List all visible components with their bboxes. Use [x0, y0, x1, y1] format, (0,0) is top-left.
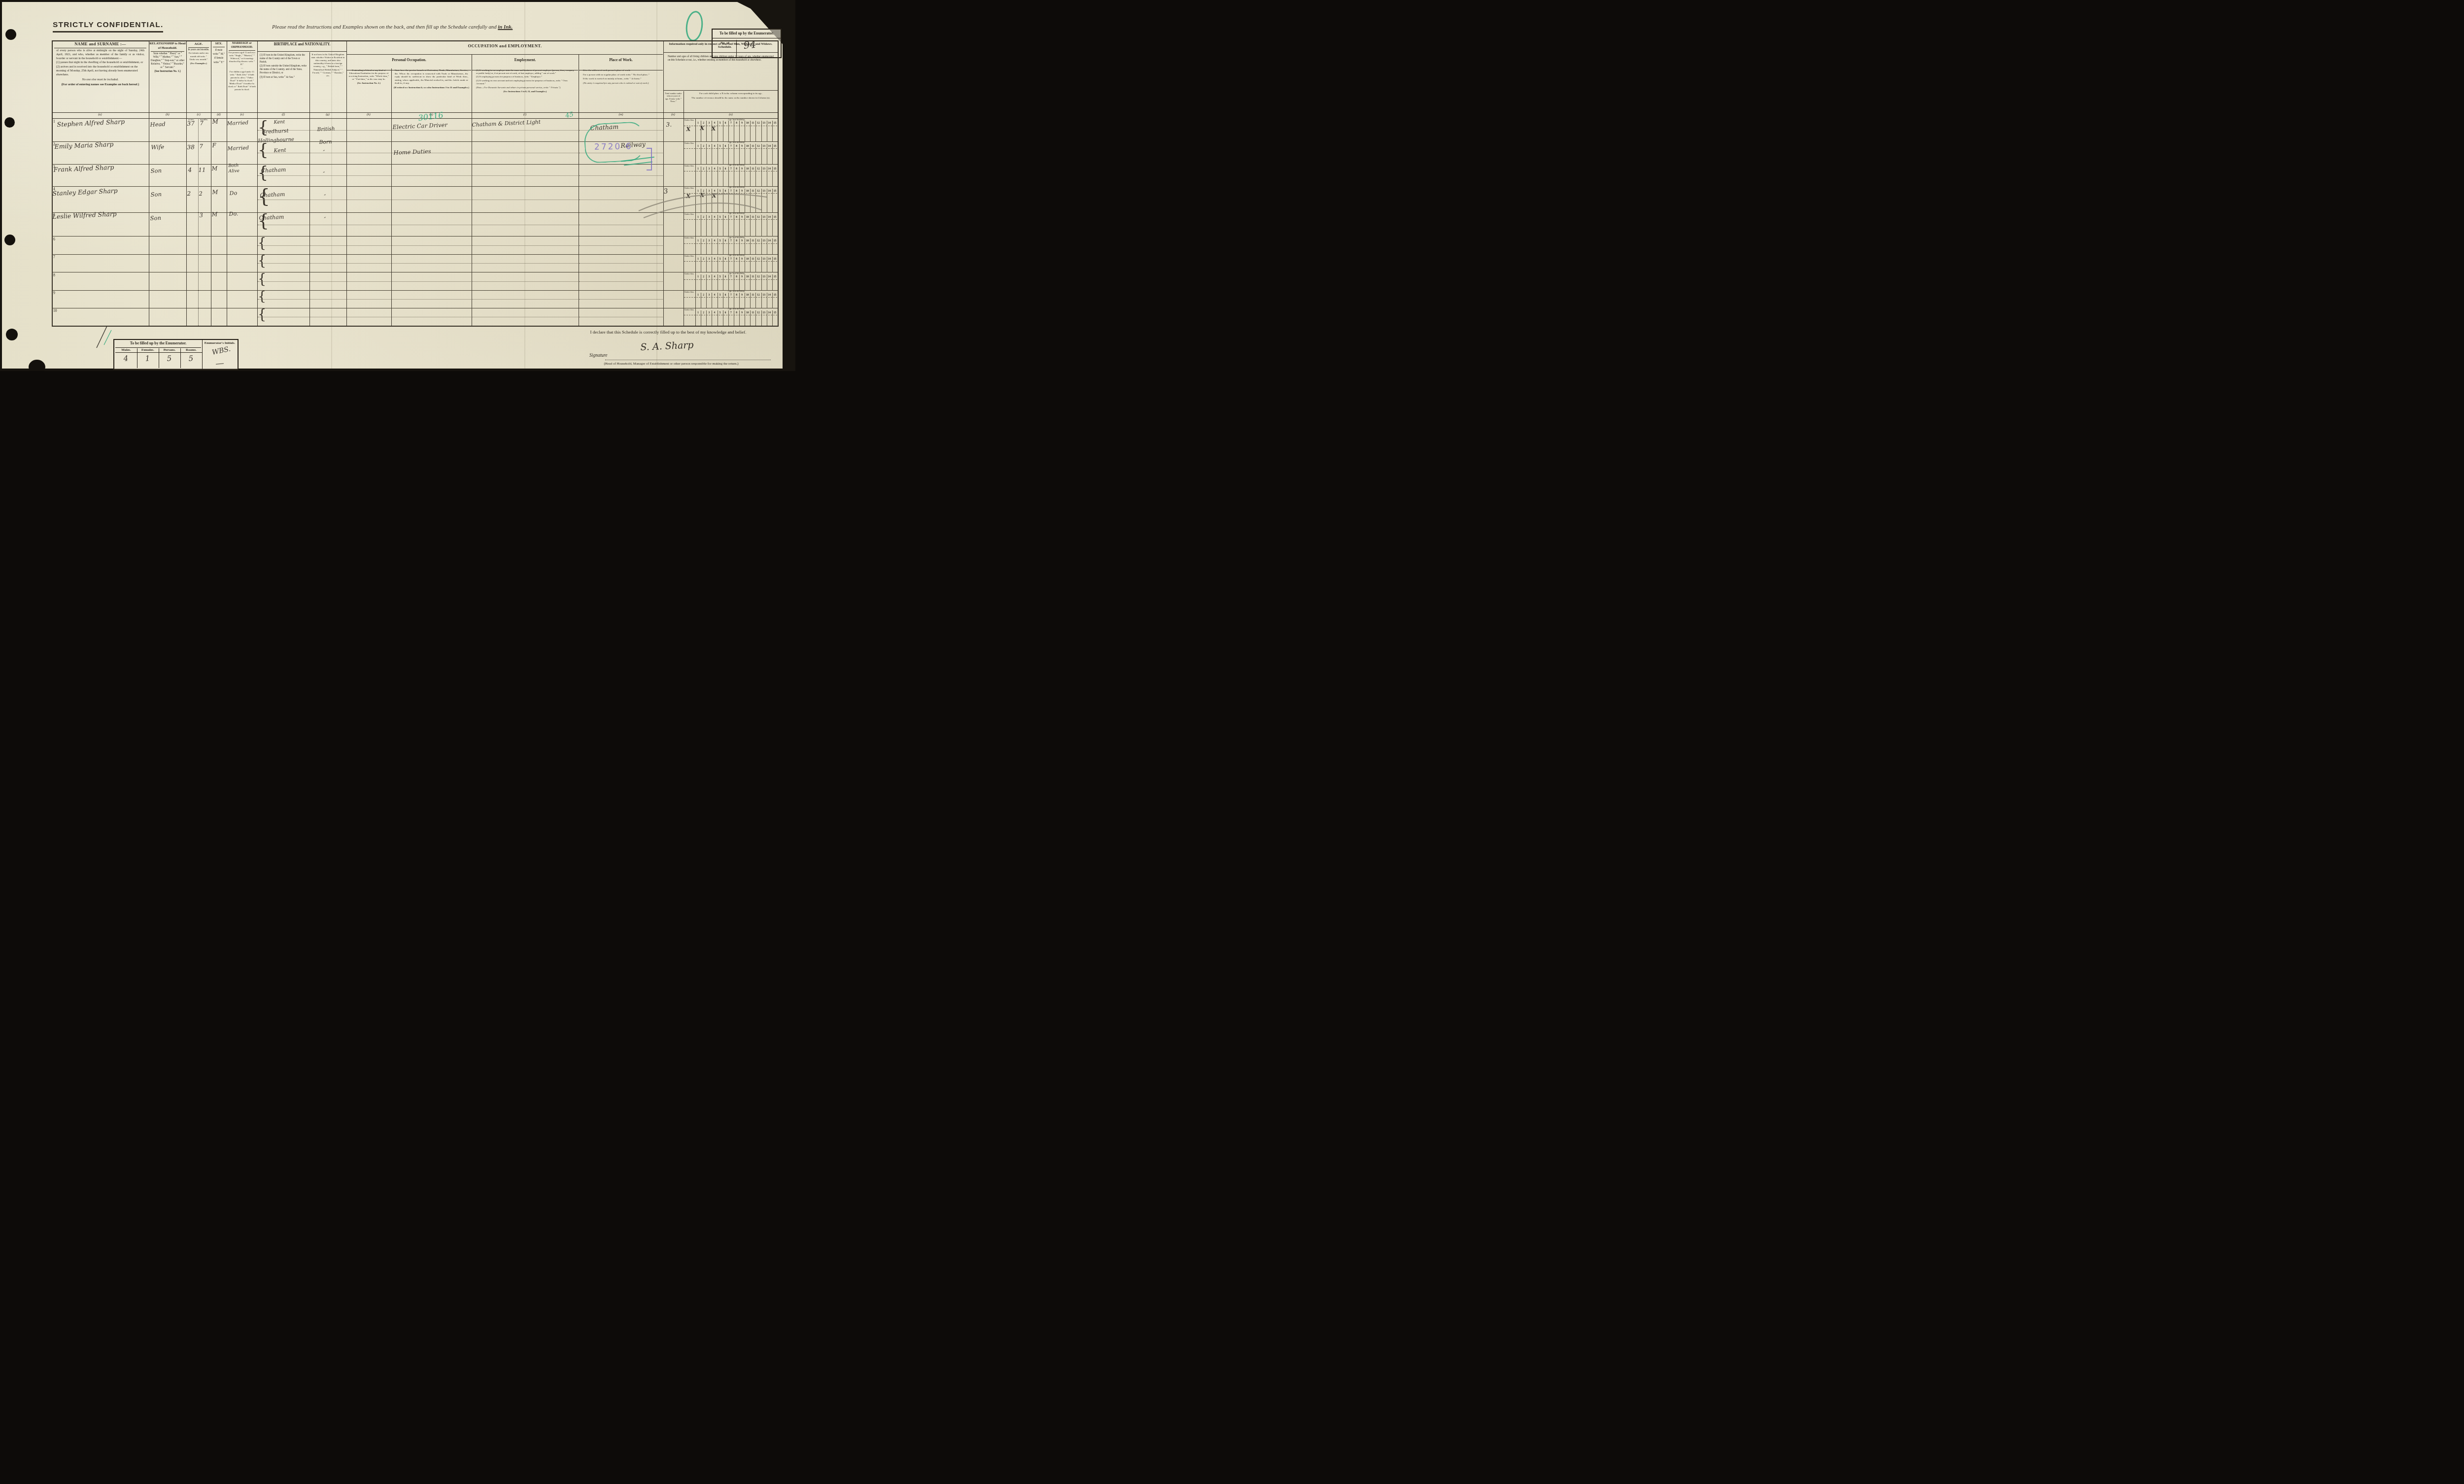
table-grid-vline — [227, 40, 227, 326]
grid-cell-line — [712, 167, 712, 186]
cell-dotted-line — [472, 281, 578, 282]
cell-dotted-line — [347, 225, 391, 225]
grid-number: 10 — [745, 294, 750, 297]
cell-dotted-line — [347, 281, 391, 282]
grid-cell-line — [739, 121, 740, 141]
grid-number: 10 — [745, 239, 750, 242]
grid-cell-line — [767, 167, 767, 186]
grid-cell-line — [723, 189, 723, 212]
entry-nationality-ditto: ″ — [324, 217, 326, 222]
cell-dotted-line — [579, 175, 663, 176]
grid-age-header: Age last birthday. — [695, 164, 778, 167]
grid-first-line — [695, 254, 696, 272]
grid-number: 11 — [750, 168, 755, 170]
grid-number: 8 — [734, 168, 739, 170]
grid-dashed-line — [684, 148, 777, 149]
table-grid-vline — [346, 40, 347, 326]
birthplace-brace: { — [258, 254, 266, 268]
grid-cell-line — [728, 293, 729, 308]
grid-dashed-line — [684, 193, 777, 194]
grid-cell-line — [745, 144, 745, 164]
grid-number: 14 — [767, 216, 772, 219]
grid-cell-line — [728, 189, 729, 212]
grid-cell-line — [734, 274, 734, 290]
grid-cell-line — [712, 215, 712, 236]
grid-number: 3 — [706, 145, 712, 148]
grid-number: 2 — [701, 216, 706, 219]
grid-number: 4 — [712, 168, 717, 170]
census-schedule-page: STRICTLY CONFIDENTIAL. Please read the I… — [0, 0, 795, 371]
grid-cell-line — [745, 257, 745, 272]
grid-number: 3 — [706, 258, 712, 261]
grid-dashed-line — [684, 171, 777, 171]
grid-first-line — [695, 212, 696, 236]
entry-birthplace-town: Chatham — [261, 167, 286, 174]
cell-dotted-line — [310, 175, 346, 176]
cell-dotted-line — [310, 245, 346, 246]
declaration-text: I declare that this Schedule is correctl… — [562, 330, 775, 335]
entry-name: Stephen Alfred Sharp — [57, 118, 125, 128]
grid-number: 6 — [723, 190, 728, 193]
grid-age-header: Age last birthday. — [695, 119, 778, 121]
summary-col-males: Males.4 — [115, 348, 137, 368]
grid-number: 14 — [767, 190, 772, 193]
grid-cell-line — [723, 310, 723, 326]
cell-dotted-line — [579, 200, 663, 200]
grid-cell-line — [761, 238, 762, 254]
summary-col-rooms: Rooms.5 — [180, 348, 202, 368]
initials-label: Enumerator's Initials. — [202, 341, 238, 345]
grid-cell-line — [712, 274, 712, 290]
summary-col-value: 5 — [158, 353, 180, 364]
grid-cell-line — [706, 121, 707, 141]
cell-dotted-line — [310, 225, 346, 225]
cell-dotted-line — [347, 200, 391, 200]
entry-nationality-ditto: ″ — [324, 194, 326, 200]
grid-number: 9 — [739, 216, 745, 219]
grid-cell-line — [739, 274, 740, 290]
grid-first-line — [695, 164, 696, 186]
grid-number: 11 — [750, 311, 755, 314]
grid-cell-line — [739, 257, 740, 272]
row-separator — [52, 236, 778, 236]
grid-number: 12 — [755, 275, 761, 278]
grid-number: 6 — [723, 294, 728, 297]
entry-age-months: 3 — [199, 212, 203, 219]
grid-number: 15 — [772, 122, 778, 125]
grid-cell-line — [723, 238, 723, 254]
grid-cell-line — [761, 215, 762, 236]
entry-birthplace-town: Chatham — [260, 191, 285, 199]
entry-birthplace-town: Hollingbourne — [258, 137, 295, 144]
grid-number: 12 — [755, 168, 761, 170]
grid-cell-line — [761, 121, 762, 141]
grid-number: 14 — [767, 311, 772, 314]
declaration-caption: (Head of Household, Manager of Establish… — [567, 362, 776, 366]
entry-sex: F — [212, 142, 216, 149]
grid-dashed-line — [684, 243, 777, 244]
entry-nationality-ditto: ″ — [323, 171, 325, 177]
registrar-stamp: 2720 6 — [594, 141, 633, 152]
row-number: 1 — [53, 119, 55, 124]
cell-dotted-line — [392, 200, 471, 200]
grid-dashed-line — [684, 219, 777, 220]
grid-number: 8 — [734, 145, 739, 148]
grid-number: 13 — [761, 190, 767, 193]
grid-under-one-label: Under One — [684, 142, 695, 144]
grid-cell-line — [767, 238, 767, 254]
grid-cell-line — [755, 310, 756, 326]
grid-cell-line — [767, 215, 767, 236]
grid-cell-line — [739, 215, 740, 236]
grid-number: 10 — [745, 216, 750, 219]
grid-under-one-label: Under One — [684, 272, 695, 275]
cell-dotted-line — [347, 130, 391, 131]
summary-col-females: Females.1 — [137, 348, 159, 368]
grid-number: 6 — [723, 258, 728, 261]
entry-marriage: Both Alive — [228, 163, 249, 174]
grid-cell-line — [767, 189, 767, 212]
child-age-cross: X — [712, 193, 716, 199]
grid-cell-line — [728, 121, 729, 141]
grid-cell-line — [745, 167, 745, 186]
grid-cell-line — [750, 189, 751, 212]
column-letter: (a) — [93, 113, 107, 116]
cell-dotted-line — [392, 175, 471, 176]
grid-number: 3 — [706, 168, 712, 170]
table-grid-vline — [186, 40, 187, 326]
grid-number: 3 — [706, 311, 712, 314]
summary-col-value: 1 — [137, 353, 159, 364]
grid-cell-line — [701, 215, 701, 236]
entry-marriage: Do. — [229, 210, 238, 217]
entry-total-children: 3. — [666, 121, 672, 128]
grid-number: 1 — [695, 122, 701, 125]
entry-nationality-ditto: ″ — [323, 150, 325, 155]
grid-cell-line — [706, 257, 707, 272]
grid-cell-line — [701, 257, 701, 272]
grid-cell-line — [728, 167, 729, 186]
entry-birthplace-town: Bredhurst — [262, 128, 288, 135]
grid-cell-line — [734, 167, 734, 186]
entry-sex: M — [211, 165, 217, 172]
grid-cell-line — [706, 215, 707, 236]
grid-cell-line — [755, 144, 756, 164]
grid-cell-line — [750, 121, 751, 141]
grid-first-line — [695, 186, 696, 212]
grid-cell-line — [750, 293, 751, 308]
grid-cell-line — [723, 274, 723, 290]
grid-cell-line — [712, 310, 712, 326]
grid-cell-line — [701, 144, 701, 164]
grid-number: 12 — [755, 216, 761, 219]
summary-col-value: 4 — [115, 353, 137, 364]
entry-age-years: 37 — [187, 120, 195, 127]
grid-number: 1 — [695, 239, 701, 242]
grid-cell-line — [706, 310, 707, 326]
grid-under-one-label: Under One — [684, 291, 695, 293]
grid-number: 13 — [761, 294, 767, 297]
grid-number: 9 — [739, 168, 745, 170]
grid-number: 13 — [761, 168, 767, 170]
column-letter: (b) — [160, 113, 175, 116]
table-grid-vline — [579, 54, 579, 326]
row-number: 7 — [53, 255, 55, 259]
grid-cell-line — [734, 189, 734, 212]
grid-number: 10 — [745, 258, 750, 261]
grid-number: 10 — [745, 275, 750, 278]
grid-cell-line — [761, 274, 762, 290]
grid-number: 3 — [706, 190, 712, 193]
grid-number: 5 — [718, 239, 723, 242]
table-grid-vline — [52, 40, 53, 326]
grid-cell-line — [772, 274, 773, 290]
grid-number: 9 — [739, 190, 745, 193]
table-grid-vline — [663, 40, 664, 326]
grid-under-one-label: Under One — [684, 255, 695, 257]
grid-number: 4 — [712, 258, 717, 261]
entry-age-months: 7 — [199, 143, 203, 150]
cell-dotted-line — [258, 317, 309, 317]
entry-occupation: Electric Car Driver — [392, 121, 447, 131]
grid-cell-line — [739, 167, 740, 186]
grid-age-header: Age last birthday. — [695, 272, 778, 275]
birthplace-brace: { — [258, 141, 269, 158]
grid-cell-line — [734, 310, 734, 326]
grid-number: 8 — [734, 275, 739, 278]
grid-number: 9 — [739, 239, 745, 242]
grid-number: 12 — [755, 190, 761, 193]
grid-cell-line — [734, 257, 734, 272]
grid-age-header: Age last birthday. — [695, 254, 778, 257]
grid-cell-line — [718, 257, 718, 272]
grid-cell-line — [723, 121, 723, 141]
grid-number: 9 — [739, 311, 745, 314]
entry-age-months: 11 — [198, 166, 205, 173]
grid-number: 15 — [772, 145, 778, 148]
grid-cell-line — [739, 293, 740, 308]
grid-number: 6 — [723, 122, 728, 125]
grid-number: 4 — [712, 294, 717, 297]
grid-dashed-line — [684, 126, 777, 126]
summary-col-label: Persons. — [159, 348, 180, 353]
entry-sex: M — [212, 188, 218, 196]
grid-cell-line — [750, 167, 751, 186]
grid-under-one-label: Under One — [684, 308, 695, 311]
grid-cell-line — [755, 293, 756, 308]
grid-cell-line — [706, 238, 707, 254]
grid-number: 15 — [772, 190, 778, 193]
grid-number: 13 — [761, 122, 767, 125]
grid-number: 3 — [706, 275, 712, 278]
grid-number: 14 — [767, 168, 772, 170]
grid-cell-line — [745, 310, 745, 326]
grid-number: 8 — [734, 190, 739, 193]
grid-cell-line — [761, 189, 762, 212]
grid-number: 5 — [718, 190, 723, 193]
grid-number: 1 — [695, 294, 701, 297]
birthplace-brace: { — [258, 308, 266, 321]
grid-number: 2 — [701, 239, 706, 242]
grid-number: 8 — [734, 294, 739, 297]
grid-cell-line — [701, 310, 701, 326]
grid-number: 4 — [712, 239, 717, 242]
cell-dotted-line — [258, 299, 309, 300]
grid-number: 3 — [706, 294, 712, 297]
cell-dotted-line — [392, 281, 471, 282]
cell-dotted-line — [579, 281, 663, 282]
grid-number: 11 — [750, 275, 755, 278]
entry-birthplace-town: Chatham — [259, 214, 284, 221]
grid-dashed-line — [684, 279, 777, 280]
grid-number: 3 — [706, 122, 712, 125]
grid-under-one-label: Under One — [684, 213, 695, 215]
column-letter: (f) — [276, 113, 291, 116]
grid-first-line — [695, 118, 696, 141]
grid-cell-line — [701, 293, 701, 308]
grid-number: 14 — [767, 258, 772, 261]
grid-cell-line — [723, 167, 723, 186]
grid-cell-line — [712, 238, 712, 254]
row-separator — [52, 164, 778, 165]
grid-number: 7 — [728, 190, 734, 193]
cell-dotted-line — [392, 225, 471, 225]
grid-first-line — [695, 308, 696, 326]
cell-dotted-line — [347, 299, 391, 300]
grid-cell-line — [750, 310, 751, 326]
grid-cell-line — [734, 215, 734, 236]
grid-number: 4 — [712, 275, 717, 278]
cell-dotted-line — [579, 317, 663, 317]
entry-marriage: Do — [229, 190, 237, 197]
cell-dotted-line — [392, 317, 471, 317]
grid-number: 14 — [767, 145, 772, 148]
summary-col-label: Females. — [137, 348, 159, 353]
grid-number: 10 — [745, 122, 750, 125]
grid-cell-line — [772, 189, 773, 212]
row-separator — [52, 272, 778, 272]
entry-birthplace-county: Kent — [274, 147, 286, 154]
entry-age-years: 2 — [187, 190, 191, 197]
cell-dotted-line — [472, 130, 578, 131]
grid-number: 11 — [750, 258, 755, 261]
grid-cell-line — [718, 293, 718, 308]
grid-dashed-line — [684, 297, 777, 298]
summary-col-label: Rooms. — [180, 348, 202, 353]
grid-number: 15 — [772, 258, 778, 261]
cell-dotted-line — [472, 263, 578, 264]
grid-number: 3 — [706, 216, 712, 219]
grid-number: 8 — [734, 311, 739, 314]
grid-number: 1 — [695, 216, 701, 219]
grid-number: 4 — [712, 145, 717, 148]
grid-cell-line — [772, 293, 773, 308]
entry-relationship: Son — [150, 214, 161, 222]
entry-name: Stanley Edgar Sharp — [52, 187, 118, 197]
row-number: 9 — [53, 291, 55, 295]
grid-number: 6 — [723, 311, 728, 314]
grid-number: 2 — [701, 258, 706, 261]
grid-number: 14 — [767, 122, 772, 125]
entry-sex: M — [212, 118, 218, 125]
entry-relationship: Son — [150, 167, 162, 174]
grid-cell-line — [706, 167, 707, 186]
grid-number: 5 — [718, 258, 723, 261]
cell-dotted-line — [347, 153, 391, 153]
grid-cell-line — [734, 293, 734, 308]
grid-number: 11 — [750, 145, 755, 148]
grid-age-header: Age last birthday. — [695, 308, 778, 310]
grid-cell-line — [750, 215, 751, 236]
grid-age-header: Age last birthday. — [695, 141, 778, 144]
grid-cell-line — [745, 274, 745, 290]
grid-cell-line — [712, 257, 712, 272]
cell-dotted-line — [472, 175, 578, 176]
grid-number: 13 — [761, 275, 767, 278]
grid-under-one-label: Under One — [684, 165, 695, 167]
grid-under-one-label: Under One — [684, 236, 695, 239]
column-letter: (n) — [666, 113, 681, 116]
grid-number: 7 — [728, 258, 734, 261]
column-letter: (d) — [211, 113, 226, 116]
entry-relationship: Head — [150, 121, 166, 128]
entry-age-years: 4 — [188, 167, 192, 173]
entry-name: Leslie Wilfred Sharp — [52, 210, 117, 220]
grid-cell-line — [718, 238, 718, 254]
grid-number: 7 — [728, 311, 734, 314]
summary-box-title: To be filled up by the Enumerator. — [114, 341, 202, 345]
table-grid-hline — [52, 118, 779, 119]
grid-cell-line — [745, 121, 745, 141]
grid-age-header: Age last birthday. — [695, 212, 778, 215]
grid-number: 13 — [761, 145, 767, 148]
grid-cell-line — [728, 310, 729, 326]
grid-cell-line — [706, 274, 707, 290]
grid-number: 12 — [755, 145, 761, 148]
column-letter: (o) — [723, 113, 738, 116]
cell-dotted-line — [258, 281, 309, 282]
grid-cell-line — [718, 274, 718, 290]
cell-dotted-line — [310, 317, 346, 317]
cell-dotted-line — [258, 175, 309, 176]
grid-cell-line — [750, 238, 751, 254]
column-letter: (e) — [235, 113, 249, 116]
grid-cell-line — [761, 310, 762, 326]
grid-number: 12 — [755, 122, 761, 125]
entry-total-children: 3 — [663, 187, 669, 196]
grid-cell-line — [739, 189, 740, 212]
grid-number: 4 — [712, 122, 717, 125]
cell-dotted-line — [579, 225, 663, 225]
cell-dotted-line — [310, 153, 346, 153]
grid-number: 10 — [745, 168, 750, 170]
table-grid-vline — [149, 40, 149, 326]
grid-number: 13 — [761, 216, 767, 219]
grid-cell-line — [767, 310, 767, 326]
birthplace-brace: { — [258, 236, 266, 250]
grid-cell-line — [745, 215, 745, 236]
table-grid-vline — [198, 118, 199, 326]
grid-under-one-label: Under One — [684, 119, 695, 121]
row-separator — [52, 308, 778, 308]
grid-number: 7 — [728, 239, 734, 242]
grid-number: 6 — [723, 239, 728, 242]
grid-number: 8 — [734, 216, 739, 219]
grid-cell-line — [718, 310, 718, 326]
cell-dotted-line — [472, 299, 578, 300]
cell-dotted-line — [472, 317, 578, 317]
grid-cell-line — [723, 257, 723, 272]
